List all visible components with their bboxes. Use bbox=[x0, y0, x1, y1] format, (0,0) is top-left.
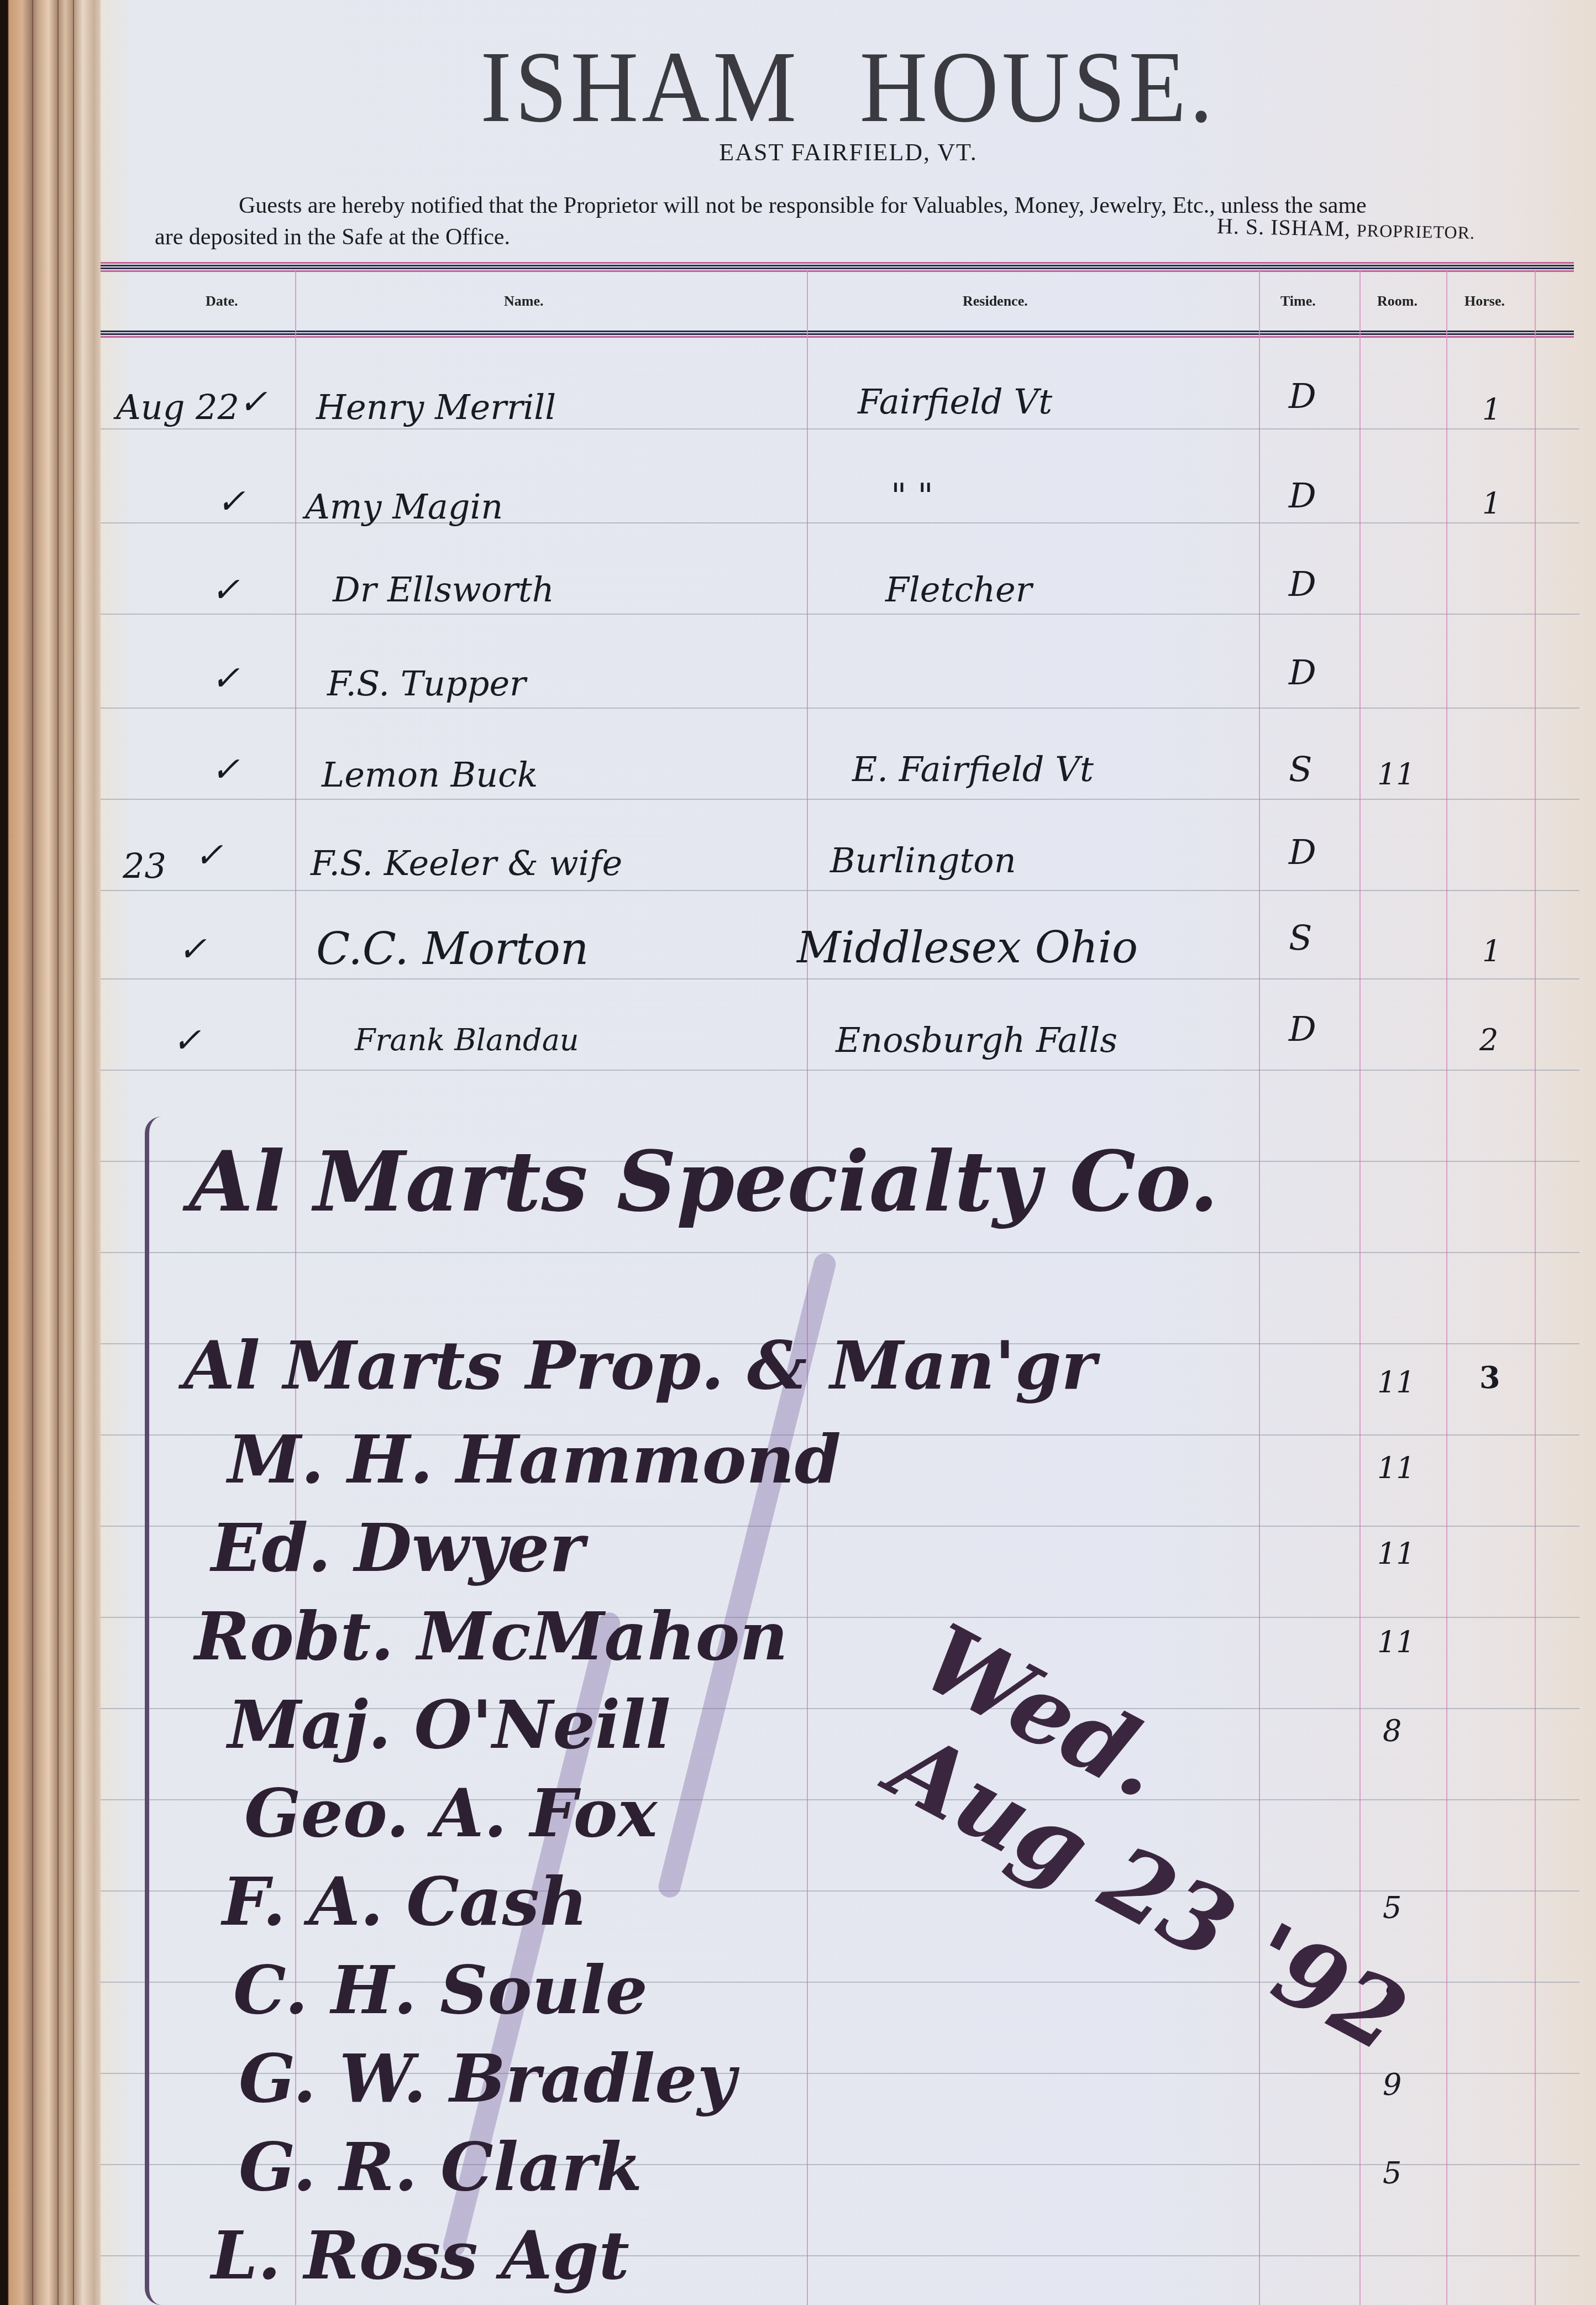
ruled-line bbox=[101, 1252, 1579, 1253]
ruled-line bbox=[101, 614, 1579, 615]
entry-check: ✓ bbox=[217, 481, 245, 521]
entry-residence: Burlington bbox=[830, 840, 1016, 881]
member-room: 11 bbox=[1377, 1537, 1415, 1571]
entry-name: Frank Blandau bbox=[355, 1023, 579, 1057]
member-name: Ed. Dwyer bbox=[211, 1509, 585, 1587]
member-room: 11 bbox=[1377, 1365, 1415, 1400]
page-edge bbox=[57, 0, 59, 2305]
member-name: F. A. Cash bbox=[222, 1863, 587, 1941]
entry-name: F.S. Keeler & wife bbox=[311, 843, 622, 883]
entry-time: D bbox=[1289, 564, 1316, 604]
entry-time: S bbox=[1289, 749, 1312, 789]
member-horse: 3 bbox=[1479, 1360, 1500, 1395]
entry-residence: Enosburgh Falls bbox=[836, 1020, 1117, 1060]
entry-time: D bbox=[1289, 475, 1316, 516]
entry-name: Dr Ellsworth bbox=[333, 569, 554, 610]
entry-check: ✓ bbox=[172, 1020, 201, 1060]
header-rule-top bbox=[101, 262, 1574, 272]
entry-time: D bbox=[1289, 1009, 1316, 1049]
hotel-title: ISHAM HOUSE. bbox=[101, 29, 1596, 145]
entry-time: D bbox=[1289, 652, 1316, 693]
member-name: Robt. McMahon bbox=[195, 1597, 788, 1675]
header-time: Time. bbox=[1280, 293, 1316, 310]
ruled-line bbox=[101, 428, 1579, 429]
header-room: Room. bbox=[1377, 293, 1418, 310]
group-bracket bbox=[145, 1117, 166, 2305]
proprietor-name: H. S. ISHAM, bbox=[1217, 213, 1351, 241]
ruled-line bbox=[101, 799, 1579, 800]
register-page: ISHAM HOUSE. EAST FAIRFIELD, VT. Guests … bbox=[101, 0, 1596, 2305]
entry-date: 23 bbox=[123, 846, 166, 886]
member-room: 11 bbox=[1377, 1451, 1415, 1486]
member-name: G. R. Clark bbox=[239, 2128, 642, 2206]
hotel-location: EAST FAIRFIELD, VT. bbox=[101, 138, 1596, 166]
entry-residence: Fairfield Vt bbox=[858, 381, 1052, 422]
entry-time: D bbox=[1289, 832, 1316, 872]
header-name: Name. bbox=[504, 293, 543, 310]
member-name: G. W. Bradley bbox=[239, 2040, 736, 2118]
annotation-year: '92 bbox=[1231, 1901, 1424, 2074]
column-rule bbox=[1535, 271, 1536, 2305]
ruled-line bbox=[101, 708, 1579, 709]
entry-check: ✓ bbox=[211, 749, 240, 789]
entry-date: Aug 22 bbox=[116, 387, 239, 427]
entry-name: F.S. Tupper bbox=[327, 663, 526, 704]
header-date: Date. bbox=[206, 293, 238, 310]
member-room: 8 bbox=[1383, 1714, 1401, 1748]
entry-check: ✓ bbox=[211, 658, 240, 698]
entry-check: ✓ bbox=[239, 381, 267, 422]
member-name: M. H. Hammond bbox=[228, 1421, 841, 1499]
header-residence: Residence. bbox=[963, 293, 1028, 310]
book-binding bbox=[0, 0, 105, 2305]
ruled-line bbox=[101, 978, 1579, 979]
entry-check: ✓ bbox=[195, 835, 223, 875]
entry-name: Henry Merrill bbox=[316, 387, 556, 427]
member-name: C. H. Soule bbox=[233, 1951, 648, 2029]
header-rule-bottom bbox=[101, 331, 1574, 340]
entry-residence: " " bbox=[891, 475, 933, 516]
entry-check: ✓ bbox=[211, 569, 240, 610]
notice-line-2: are deposited in the Safe at the Office. bbox=[155, 224, 510, 250]
column-headers: Date. Name. Residence. Time. Room. Horse… bbox=[101, 293, 1596, 315]
entry-time: D bbox=[1289, 376, 1316, 416]
entry-horse: 1 bbox=[1482, 392, 1501, 427]
entry-room: 11 bbox=[1377, 757, 1415, 792]
entry-residence: Middlesex Ohio bbox=[797, 923, 1138, 973]
ruled-line bbox=[101, 890, 1579, 891]
ruled-line bbox=[101, 1070, 1579, 1071]
header-horse: Horse. bbox=[1464, 293, 1505, 310]
date-annotation: Wed. Aug 23 '92 bbox=[853, 1603, 1521, 2098]
member-room: 11 bbox=[1377, 1625, 1415, 1660]
group-heading: Al Marts Specialty Co. bbox=[189, 1133, 1219, 1230]
entry-check: ✓ bbox=[178, 929, 207, 969]
member-name: Al Marts Prop. & Man'gr bbox=[183, 1327, 1096, 1405]
entry-name: C.C. Morton bbox=[316, 923, 589, 975]
member-name: Geo. A. Fox bbox=[244, 1774, 657, 1852]
entry-horse: 2 bbox=[1479, 1023, 1498, 1057]
page-edge bbox=[32, 0, 33, 2305]
entry-time: S bbox=[1289, 918, 1312, 958]
page-edge bbox=[73, 0, 74, 2305]
entry-name: Amy Magin bbox=[305, 486, 503, 527]
entry-name: Lemon Buck bbox=[322, 755, 538, 795]
entry-residence: Fletcher bbox=[885, 569, 1032, 610]
proprietor-title: PROPRIETOR. bbox=[1357, 220, 1476, 242]
proprietor-signature: H. S. ISHAM, PROPRIETOR. bbox=[1217, 213, 1476, 244]
member-room: 5 bbox=[1383, 2156, 1401, 2191]
entry-horse: 1 bbox=[1482, 934, 1501, 969]
entry-horse: 1 bbox=[1482, 486, 1501, 521]
member-name: L. Ross Agt bbox=[211, 2217, 629, 2294]
entry-residence: E. Fairfield Vt bbox=[852, 749, 1094, 789]
member-name: Maj. O'Neill bbox=[228, 1686, 671, 1764]
